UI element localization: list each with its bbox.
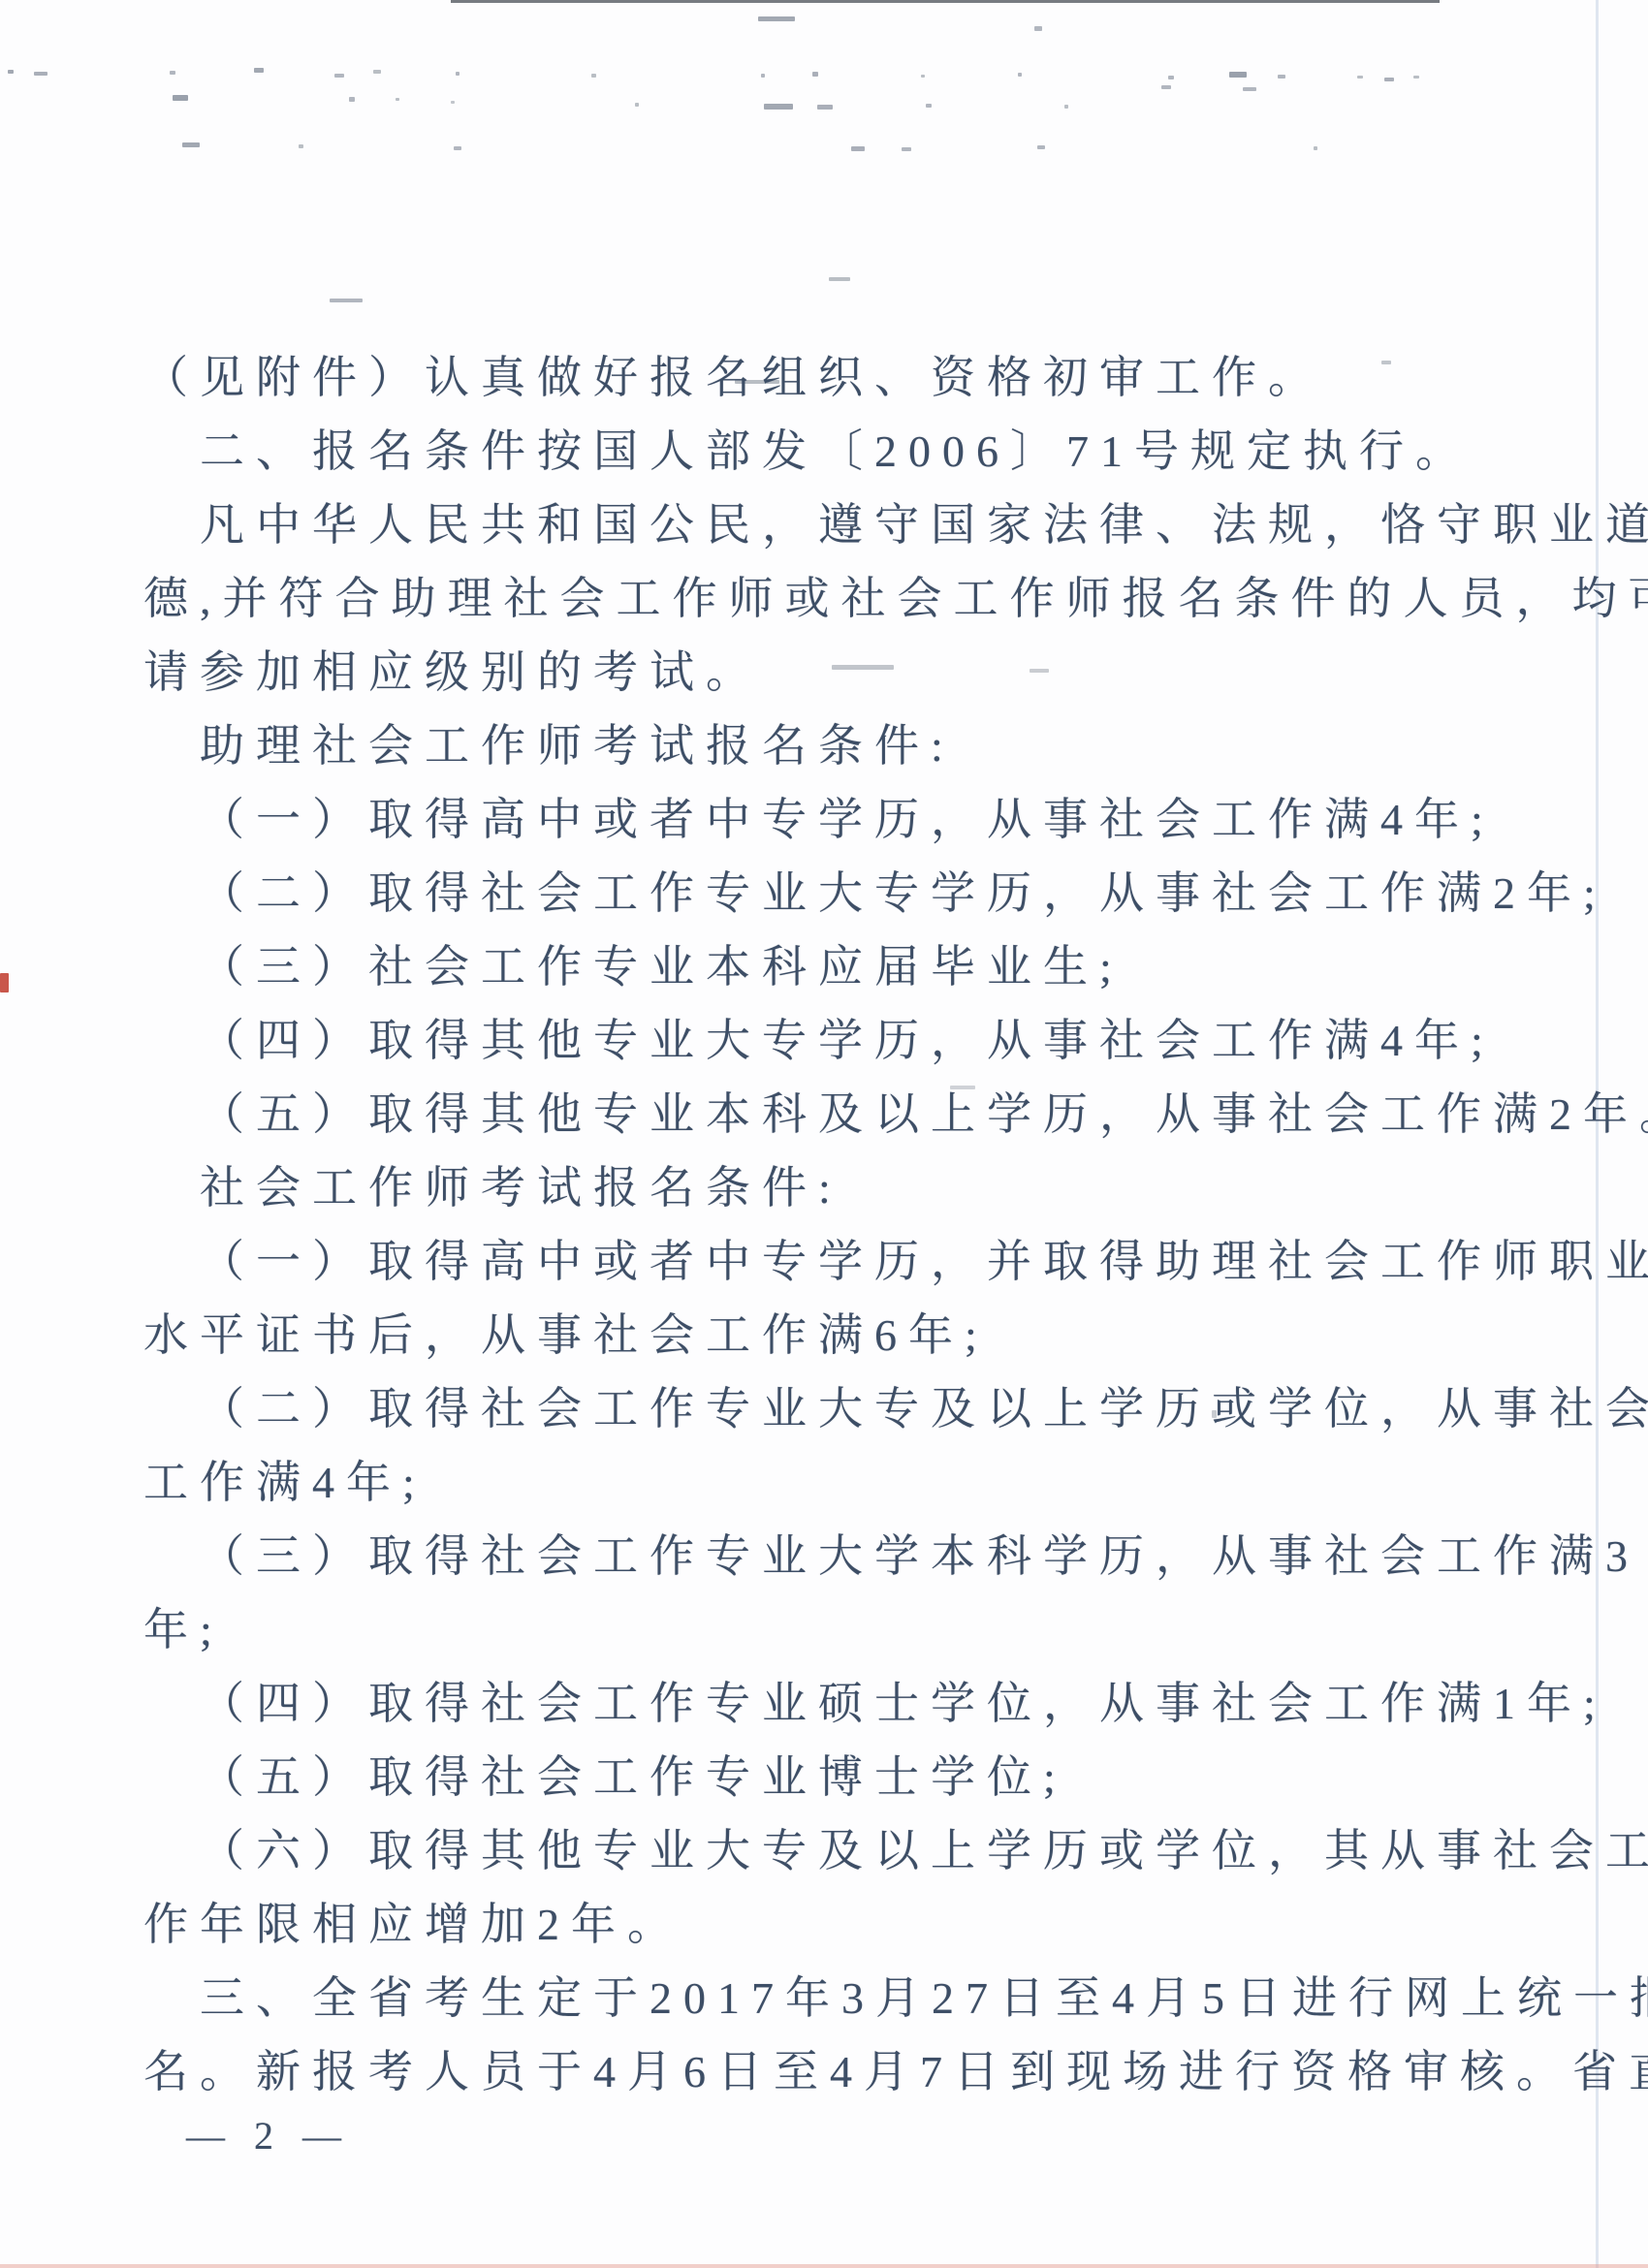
text-line: （五）取得其他专业本科及以上学历，从事社会工作满2年。: [143, 1078, 1539, 1151]
text-line: （六）取得其他专业大专及以上学历或学位，其从事社会工: [143, 1814, 1539, 1888]
text-line: 二、报名条件按国人部发〔2006〕71号规定执行。: [143, 415, 1539, 488]
text-line: 名。新报考人员于4月6日至4月7日到现场进行资格审核。省直新: [143, 2035, 1539, 2109]
text-line: 凡中华人民共和国公民，遵守国家法律、法规，恪守职业道: [143, 488, 1539, 562]
text-line: 作年限相应增加2年。: [143, 1888, 1539, 1962]
text-line: （三）社会工作专业本科应届毕业生;: [143, 930, 1539, 1004]
text-line: （四）取得其他专业大专学历，从事社会工作满4年;: [143, 1004, 1539, 1078]
text-line: 三、全省考生定于2017年3月27日至4月5日进行网上统一报: [143, 1962, 1539, 2035]
text-line: 年;: [143, 1593, 1539, 1667]
text-line: 社会工作师考试报名条件:: [143, 1151, 1539, 1225]
document-page: （见附件）认真做好报名组织、资格初审工作。 二、报名条件按国人部发〔2006〕7…: [0, 0, 1648, 2268]
text-line: 德,并符合助理社会工作师或社会工作师报名条件的人员，均可申: [143, 562, 1539, 636]
text-line: （三）取得社会工作专业大学本科学历，从事社会工作满3: [143, 1520, 1539, 1593]
scan-bottom-edge: [0, 2264, 1648, 2268]
text-line: （四）取得社会工作专业硕士学位，从事社会工作满1年;: [143, 1667, 1539, 1741]
text-line: 水平证书后，从事社会工作满6年;: [143, 1299, 1539, 1372]
scan-edge-line: [451, 0, 1440, 3]
text-line: （二）取得社会工作专业大专学历，从事社会工作满2年;: [143, 857, 1539, 930]
red-margin-mark: [0, 973, 9, 992]
text-line: 工作满4年;: [143, 1446, 1539, 1520]
text-line: 请参加相应级别的考试。: [143, 636, 1539, 709]
page-number: — 2 —: [186, 2113, 351, 2158]
text-line: （一）取得高中或者中专学历，并取得助理社会工作师职业: [143, 1225, 1539, 1299]
text-line: （二）取得社会工作专业大专及以上学历或学位，从事社会: [143, 1372, 1539, 1446]
text-line: （一）取得高中或者中专学历，从事社会工作满4年;: [143, 783, 1539, 857]
text-line: 助理社会工作师考试报名条件:: [143, 709, 1539, 783]
text-line: （五）取得社会工作专业博士学位;: [143, 1741, 1539, 1814]
document-text: （见附件）认真做好报名组织、资格初审工作。 二、报名条件按国人部发〔2006〕7…: [143, 341, 1539, 2109]
text-line: （见附件）认真做好报名组织、资格初审工作。: [143, 341, 1539, 415]
